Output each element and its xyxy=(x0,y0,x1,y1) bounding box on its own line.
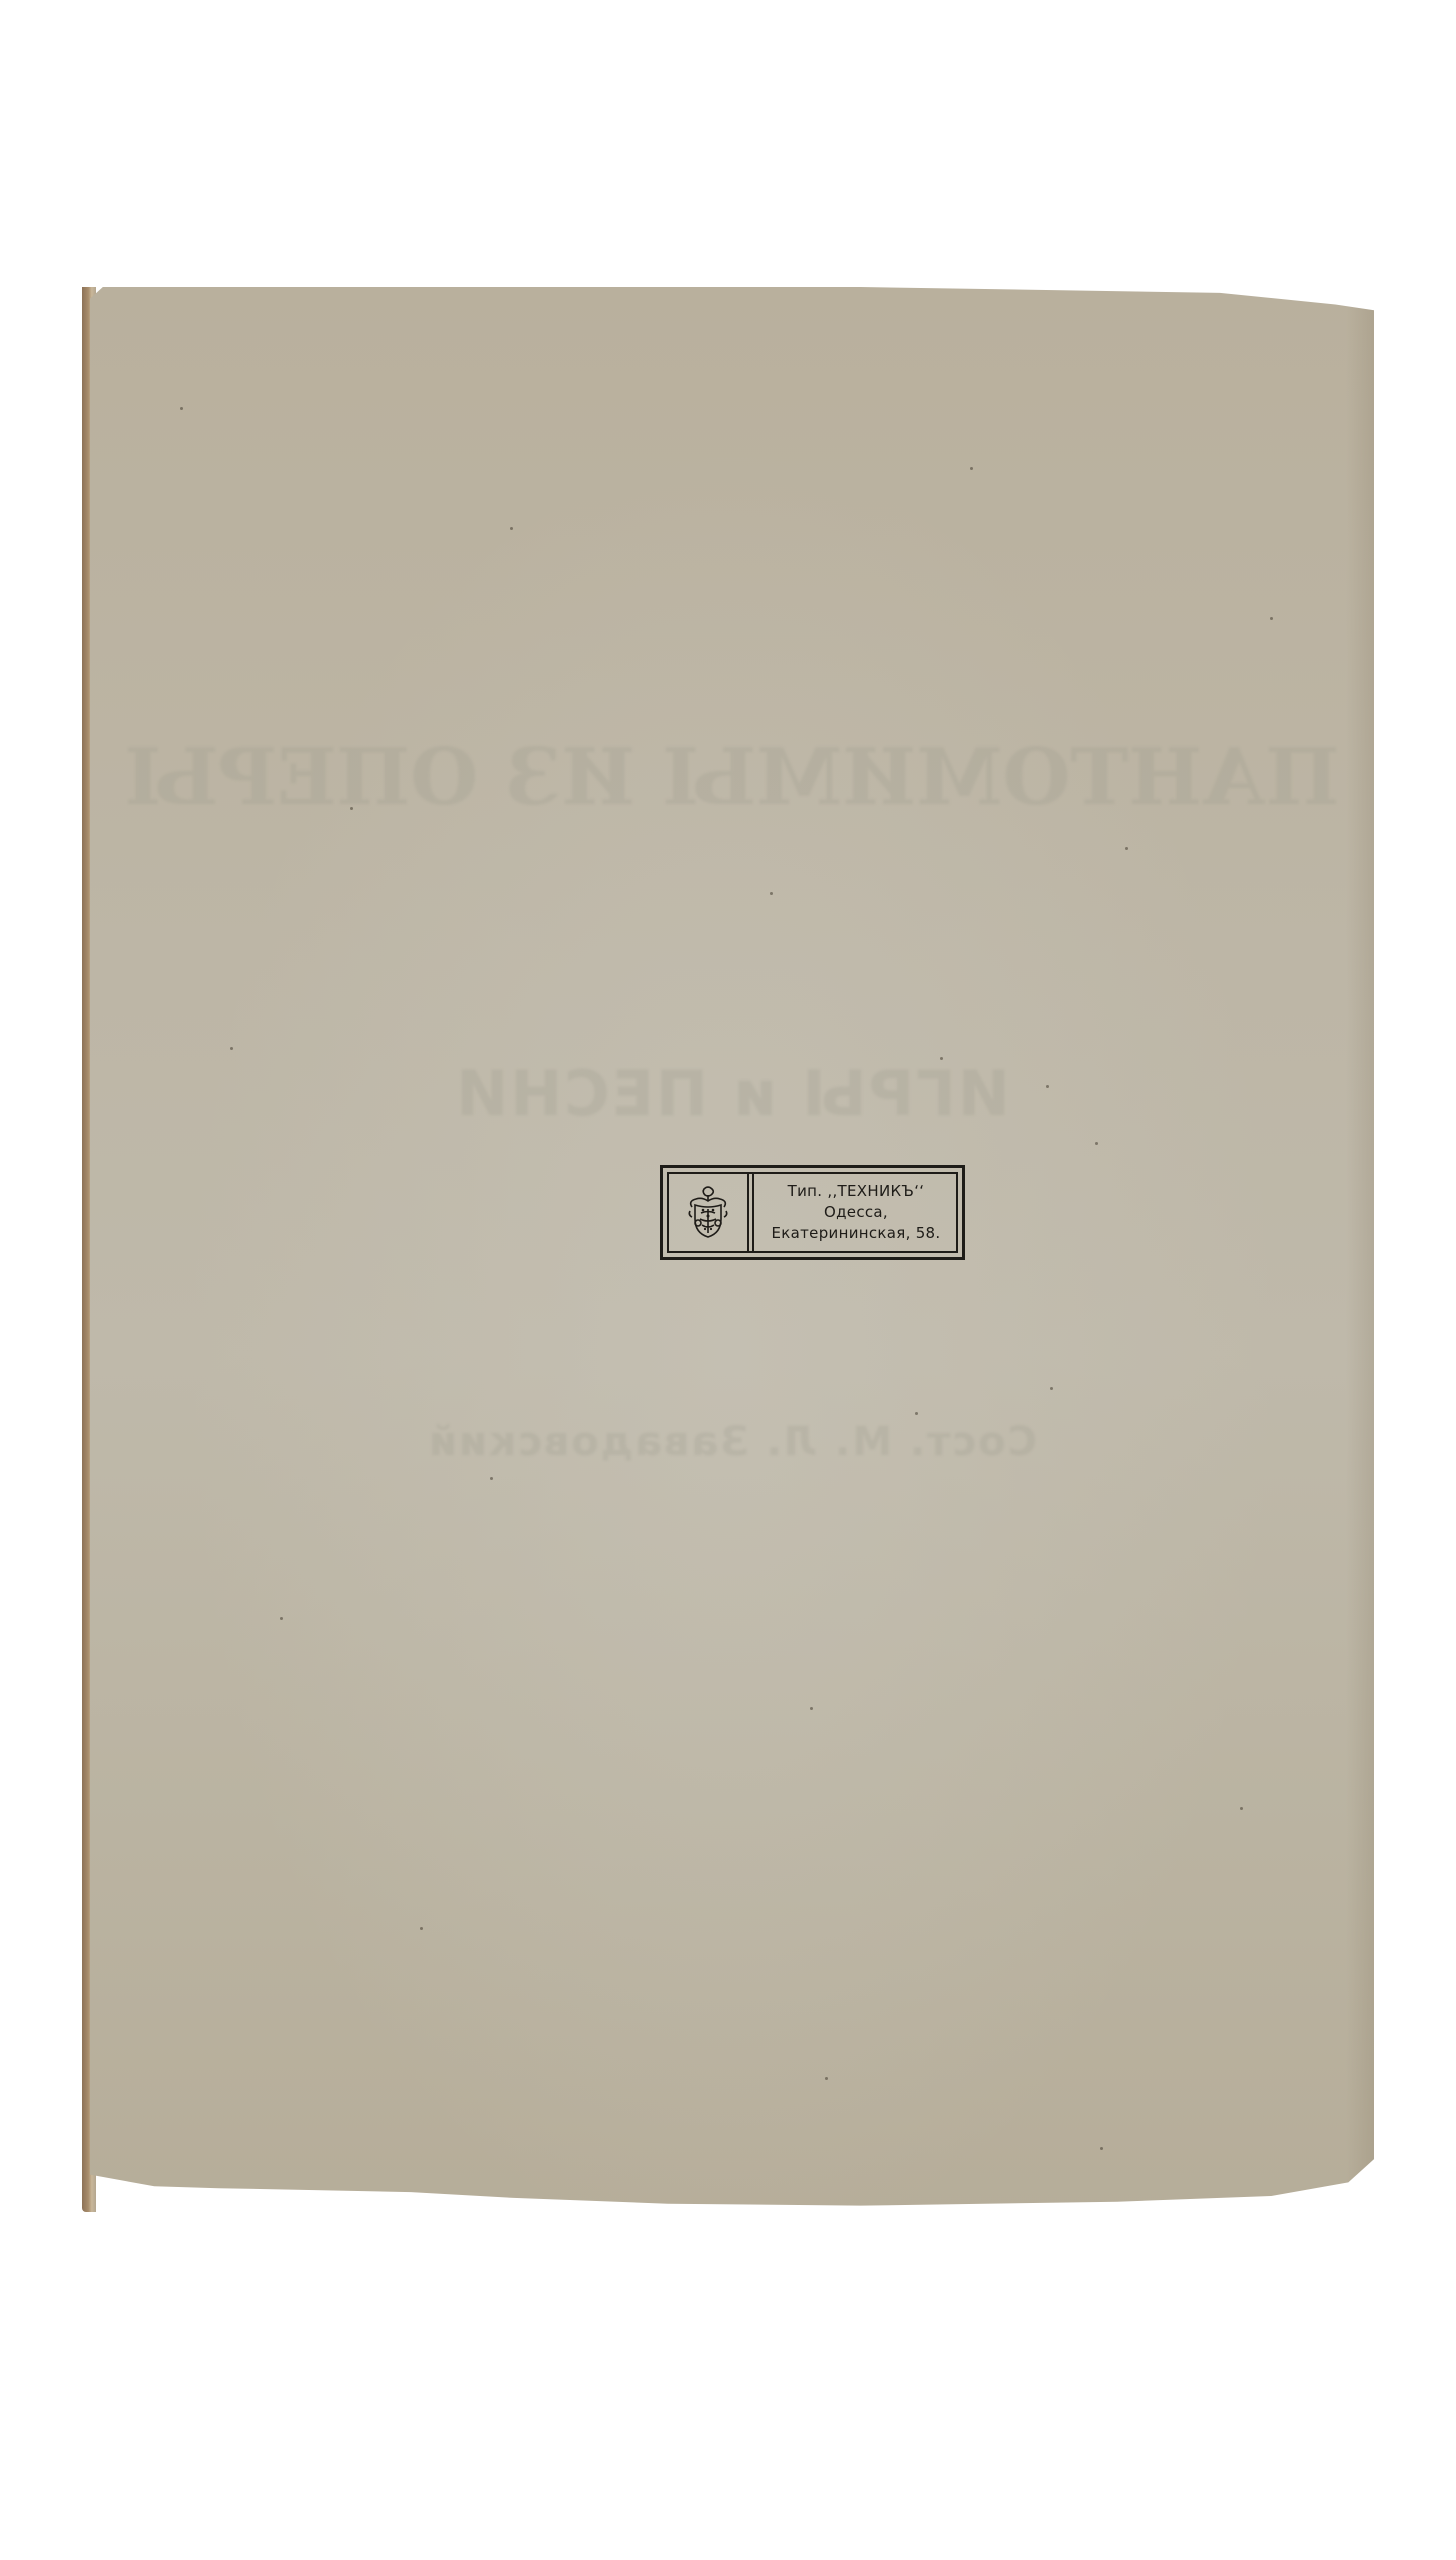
paper-speck xyxy=(825,2077,828,2080)
paper-speck xyxy=(940,1057,943,1060)
paper-speck xyxy=(1125,847,1128,850)
printer-crest-icon xyxy=(686,1185,730,1241)
paper-speck xyxy=(770,892,773,895)
paper-speck xyxy=(1050,1387,1053,1390)
paper-speck xyxy=(810,1707,813,1710)
paper-speck xyxy=(180,407,183,410)
paper-speck xyxy=(1095,1142,1098,1145)
paper-speck xyxy=(1270,617,1273,620)
show-through-author: Сост. М. Л. Завадовский xyxy=(90,1419,1374,1465)
paper-speck xyxy=(1100,2147,1103,2150)
paper-speck xyxy=(230,1047,233,1050)
imprint-address: Екатерининская, 58. xyxy=(772,1223,941,1244)
paper-speck xyxy=(970,467,973,470)
imprint-text: Тип. ,,ТЕХНИКЪ‘‘ Одесса, Екатерининская,… xyxy=(756,1174,956,1251)
paper-speck xyxy=(350,807,353,810)
paper-speck xyxy=(1046,1085,1049,1088)
paper-speck xyxy=(510,527,513,530)
imprint-printer-name: Тип. ,,ТЕХНИКЪ‘‘ xyxy=(788,1181,925,1202)
printer-imprint-stamp: Тип. ,,ТЕХНИКЪ‘‘ Одесса, Екатерининская,… xyxy=(660,1165,965,1260)
show-through-title: ПАНТОМИМЫ ИЗ ОПЕРЫ xyxy=(90,732,1374,823)
paper-speck xyxy=(280,1617,283,1620)
paper-speck xyxy=(420,1927,423,1930)
emblem-cell xyxy=(669,1174,749,1251)
show-through-subtitle: ИГРЫ и ПЕСНИ xyxy=(90,1057,1374,1130)
paper-speck xyxy=(490,1477,493,1480)
paper-speck xyxy=(915,1412,918,1415)
imprint-city: Одесса, xyxy=(824,1202,888,1223)
paper-speck xyxy=(1240,1807,1243,1810)
stamp-inner-frame: Тип. ,,ТЕХНИКЪ‘‘ Одесса, Екатерининская,… xyxy=(667,1172,958,1253)
